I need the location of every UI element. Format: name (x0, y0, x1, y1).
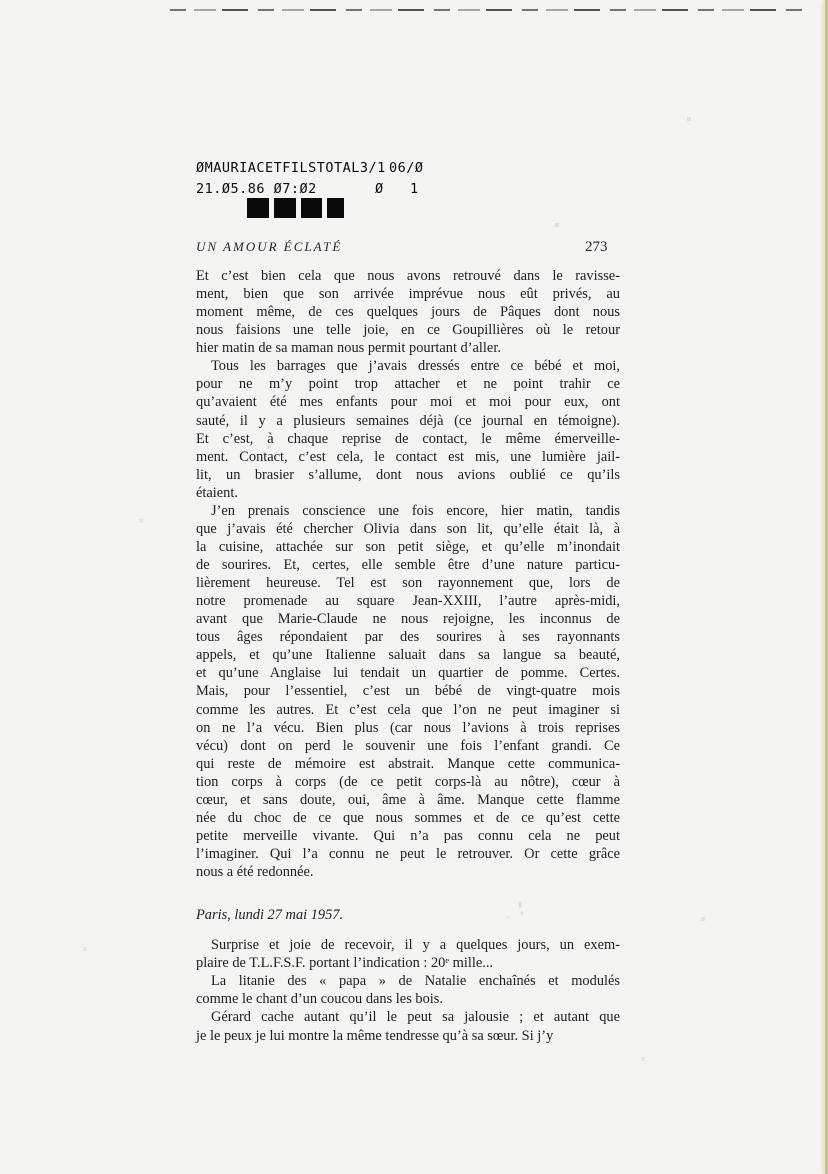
smudge-artifact (498, 893, 532, 923)
text-line: qui reste de mémoire est abstrait. Manqu… (196, 755, 620, 773)
text-line: Gérard cache autant qu’il le peut sa jal… (196, 1008, 620, 1026)
paragraph: Et c’est bien cela que nous avons retrou… (196, 267, 620, 357)
text-line: de sourires. Et, certes, elle semble êtr… (196, 556, 620, 574)
text-line: Et c’est bien cela que nous avons retrou… (196, 267, 620, 285)
text-line: que j’avais été chercher Olivia dans son… (196, 520, 620, 538)
printer-header: ØMAURIACETFILSTOTAL3/1 06/Ø 21.Ø5.86 Ø7:… (196, 158, 516, 204)
text-line: née du choc de ce que nous sommes et de … (196, 809, 620, 827)
printer-header-count: 1 (410, 181, 419, 197)
text-line: tous âges répondaient par des sourires à… (196, 628, 620, 646)
page-cut-dashed-line (170, 9, 806, 11)
text-line: Mais, pour l’essentiel, c’est un bébé de… (196, 682, 620, 700)
text-line: avant que Marie-Claude ne nous rejoigne,… (196, 610, 620, 628)
text-line: vécu) dont on perd le souvenir une fois … (196, 737, 620, 755)
text-line: Et c’est, à chaque reprise de contact, l… (196, 430, 620, 448)
registration-mark-square (301, 198, 322, 218)
text-line: plaire de T.L.F.S.F. portant l’indicatio… (196, 954, 620, 972)
text-line: pour ne m’y point trop attacher et ne po… (196, 375, 620, 393)
text-line: lit, un brasier s’allume, dont nous avio… (196, 466, 620, 484)
printer-header-file-id: ØMAURIACETFILSTOTAL3/1 (196, 160, 386, 176)
paragraph: J’en prenais conscience une fois encore,… (196, 502, 620, 881)
text-line: lièrement heureuse. Tel est son rayonnem… (196, 574, 620, 592)
text-line: ment. Contact, c’est cela, le contact es… (196, 448, 620, 466)
registration-mark-square (274, 198, 296, 218)
running-head-title: UN AMOUR ÉCLATÉ (196, 239, 342, 255)
text-line: ment, bien que son arrivée imprévue nous… (196, 285, 620, 303)
text-line: appels, et qu’une Italienne saluait dans… (196, 646, 620, 664)
text-line: qu’avaient été mes enfants pour moi et m… (196, 393, 620, 411)
registration-mark-square (327, 198, 344, 218)
printer-header-flag: Ø (375, 181, 384, 197)
registration-mark-square (247, 198, 269, 218)
paragraph: Tous les barrages que j’avais dressés en… (196, 357, 620, 502)
paragraph: Gérard cache autant qu’il le peut sa jal… (196, 1008, 620, 1044)
text-line: La litanie des « papa » de Natalie encha… (196, 972, 620, 990)
text-line: hier matin de sa maman nous permit pourt… (196, 339, 620, 357)
text-line: étaient. (196, 484, 620, 502)
text-line: l’imaginer. Qui l’a connu ne peut le ret… (196, 845, 620, 863)
body-text: Et c’est bien cela que nous avons retrou… (196, 267, 620, 1045)
text-line: on ne l’a vécu. Bien plus (car nous l’av… (196, 719, 620, 737)
text-line: je le peux je lui montre la même tendres… (196, 1027, 620, 1045)
paper-specks (0, 0, 2, 2)
scanned-book-page: ØMAURIACETFILSTOTAL3/1 06/Ø 21.Ø5.86 Ø7:… (0, 0, 828, 1174)
date-heading: Paris, lundi 27 mai 1957. (196, 906, 620, 924)
text-line: sauté, il y a plusieurs semaines déjà (c… (196, 412, 620, 430)
paragraph: La litanie des « papa » de Natalie encha… (196, 972, 620, 1008)
text-line: cœur, et sans doute, oui, âme à âme. Man… (196, 791, 620, 809)
paragraph: Surprise et joie de recevoir, il y a que… (196, 936, 620, 972)
text-line: et qu’une Anglaise lui tendait un quarti… (196, 664, 620, 682)
printer-header-datetime: 21.Ø5.86 Ø7:Ø2 (196, 181, 317, 197)
text-line: Tous les barrages que j’avais dressés en… (196, 357, 620, 375)
text-line: petite merveille vivante. Qui n’a pas co… (196, 827, 620, 845)
text-line: comme les autres. Et c’est cela que l’on… (196, 701, 620, 719)
page-number: 273 (585, 239, 608, 256)
text-line: tion corps à corps (de ce petit corps-là… (196, 773, 620, 791)
text-line: J’en prenais conscience une fois encore,… (196, 502, 620, 520)
text-line: moment même, de ces quelques jours de Pâ… (196, 303, 620, 321)
text-line: nous a été redonnée. (196, 863, 620, 881)
text-line: Surprise et joie de recevoir, il y a que… (196, 936, 620, 954)
text-line: nous faisions une telle joie, en ce Goup… (196, 321, 620, 339)
text-line: la cuisine, attachée sur son petit siège… (196, 538, 620, 556)
printer-header-sheet-indicator: 06/Ø (389, 160, 424, 176)
text-line: notre promenade au square Jean-XXIII, l’… (196, 592, 620, 610)
text-line: comme le chant d’un coucou dans les bois… (196, 990, 620, 1008)
registration-marks (247, 198, 344, 218)
